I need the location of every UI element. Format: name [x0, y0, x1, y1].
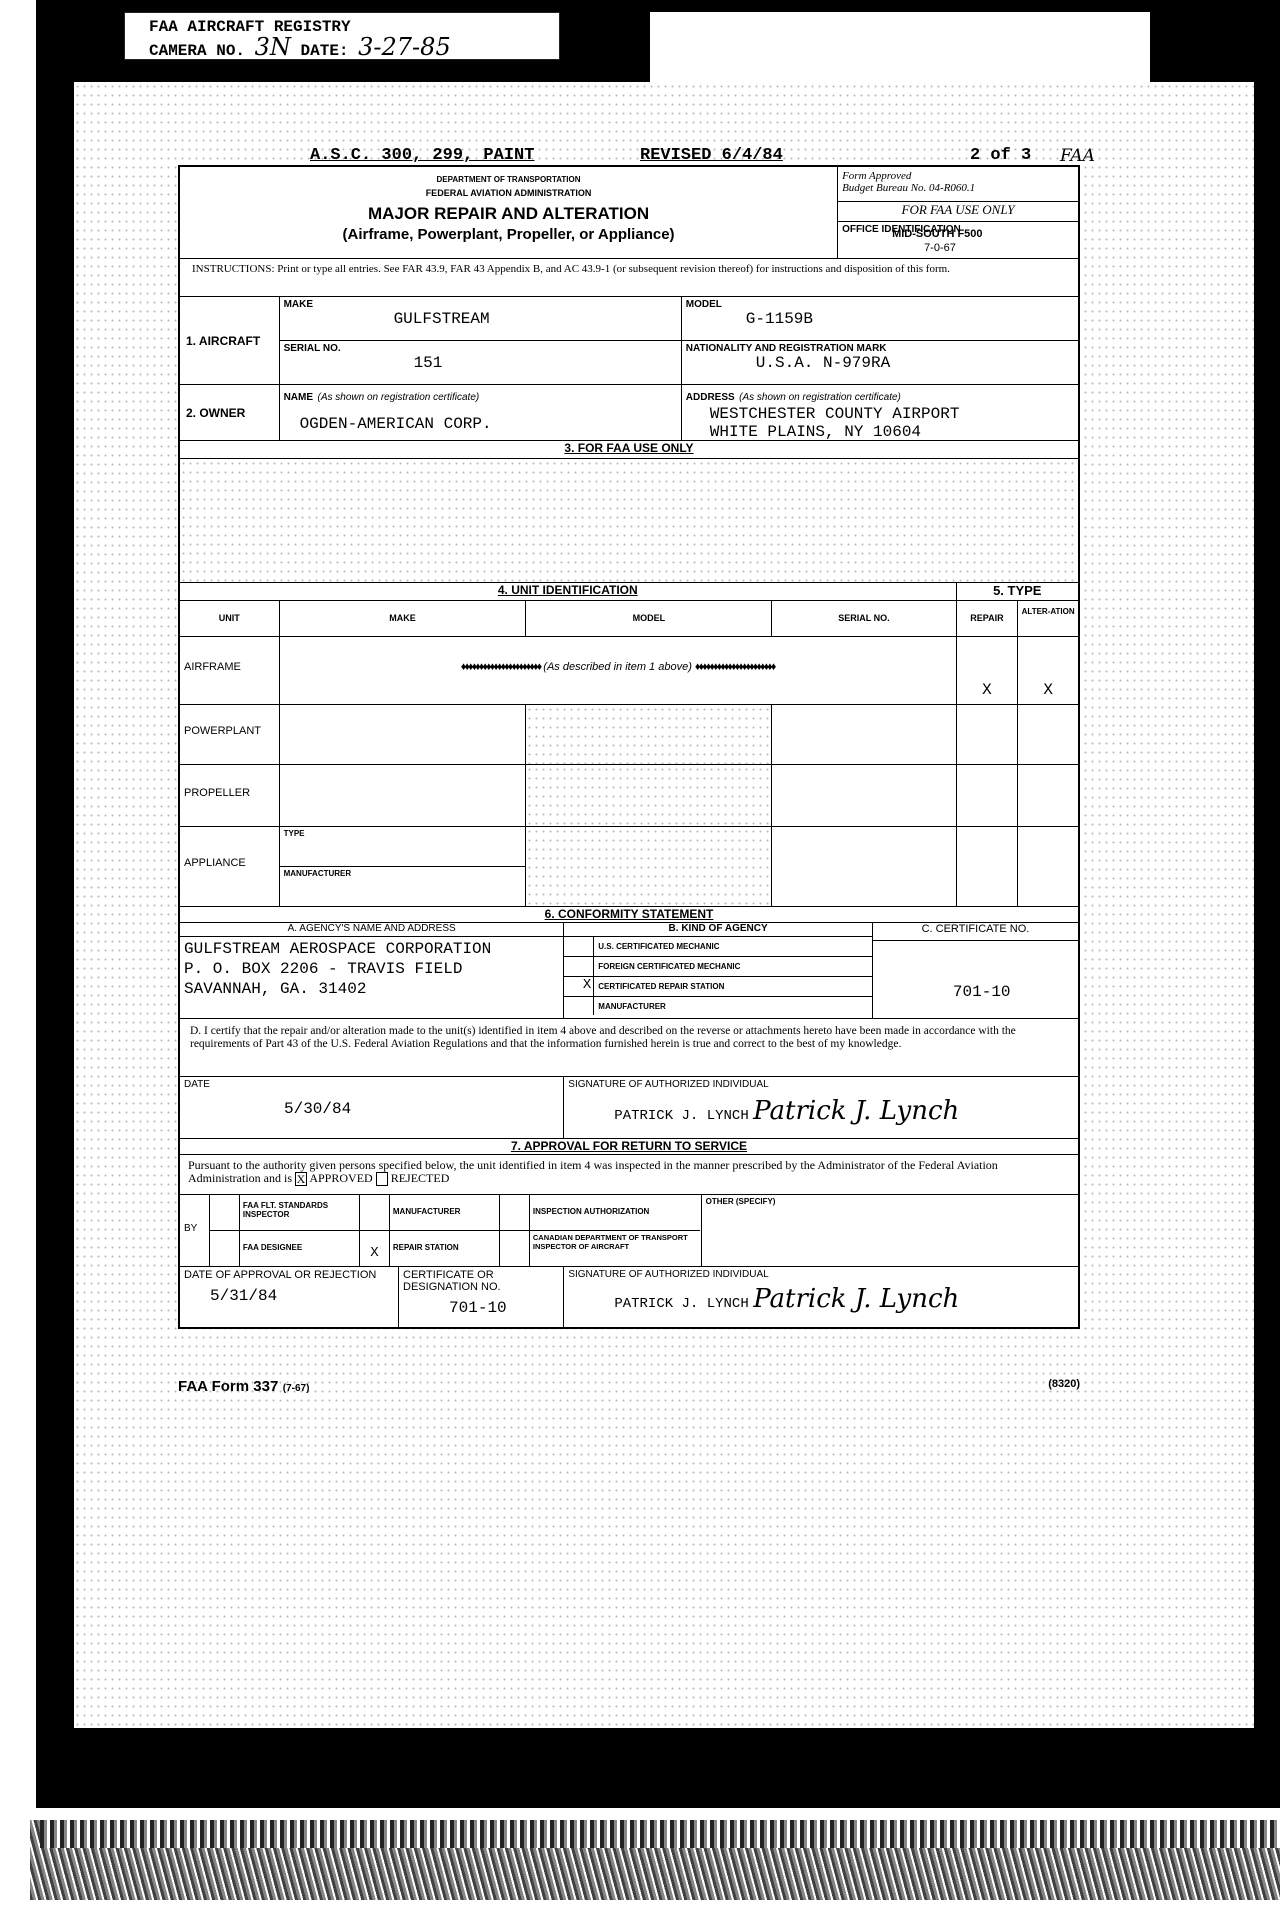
approved-label: APPROVED — [309, 1171, 372, 1185]
fill-diamonds-right: ♦♦♦♦♦♦♦♦♦♦♦♦♦♦♦♦♦♦♦♦♦♦ — [695, 661, 774, 673]
canadian-box[interactable] — [500, 1231, 530, 1267]
department-label: DEPARTMENT OF TRANSPORTATION — [180, 175, 837, 184]
form-title: MAJOR REPAIR AND ALTERATION — [180, 204, 837, 224]
header-unit: UNIT — [180, 601, 280, 636]
header-serial: SERIAL NO. — [772, 601, 956, 636]
form-header: DEPARTMENT OF TRANSPORTATION FEDERAL AVI… — [180, 167, 1078, 259]
kind-mark-2[interactable]: X — [564, 977, 594, 996]
propeller-model[interactable] — [526, 765, 772, 826]
conformity-signer: PATRICK J. LYNCH — [614, 1108, 748, 1124]
appliance-alteration[interactable] — [1018, 827, 1078, 906]
manufacturer-box[interactable] — [360, 1195, 390, 1231]
appliance-type-label: TYPE — [280, 827, 526, 867]
kind-label: B. KIND OF AGENCY — [564, 923, 872, 937]
repair-station-box[interactable]: X — [360, 1231, 390, 1267]
conformity-body: A. AGENCY'S NAME AND ADDRESS GULFSTREAM … — [180, 923, 1078, 1019]
approval-statement: Pursuant to the authority given persons … — [180, 1155, 1078, 1195]
owner-label: 2. OWNER — [180, 385, 280, 440]
owner-name: OGDEN-AMERICAN CORP. — [284, 415, 677, 433]
approval-section-label: 7. APPROVAL FOR RETURN TO SERVICE — [180, 1139, 1078, 1153]
header-alteration: ALTER-ATION — [1018, 601, 1078, 636]
canadian-label: CANADIAN DEPARTMENT OF TRANSPORT INSPECT… — [530, 1231, 700, 1267]
unit-row-powerplant: POWERPLANT — [180, 705, 1078, 765]
approval-signer: PATRICK J. LYNCH — [614, 1296, 748, 1312]
unit-propeller-label: PROPELLER — [180, 765, 280, 826]
manufacturer-label: MANUFACTURER — [390, 1195, 500, 1231]
camera-label: CAMERA NO. — [149, 42, 245, 60]
agency-label: A. AGENCY'S NAME AND ADDRESS — [180, 923, 563, 937]
certify-statement: D. I certify that the repair and/or alte… — [180, 1019, 1078, 1077]
asc-note: A.S.C. 300, 299, PAINT — [310, 146, 534, 165]
agency-line2: P. O. BOX 2206 - TRAVIS FIELD — [184, 959, 559, 979]
agency-line3: SAVANNAH, GA. 31402 — [184, 979, 559, 999]
faa-use-box: Form Approved Budget Bureau No. 04-R060.… — [837, 167, 1078, 258]
aircraft-model: G-1159B — [686, 310, 1074, 328]
header-make: MAKE — [280, 601, 527, 636]
appliance-serial[interactable] — [772, 827, 956, 906]
approval-cert-label: CERTIFICATE OR DESIGNATION NO. — [403, 1269, 559, 1293]
agency-line1: GULFSTREAM AEROSPACE CORPORATION — [184, 939, 559, 959]
owner-address-line2: WHITE PLAINS, NY 10604 — [686, 423, 1074, 441]
stamp-date-label: DATE: — [301, 42, 349, 60]
owner-name-hint: (As shown on registration certificate) — [317, 392, 479, 403]
header-repair: REPAIR — [957, 601, 1019, 636]
top-annotations: A.S.C. 300, 299, PAINT REVISED 6/4/84 2 … — [180, 146, 1120, 166]
conformity-signature[interactable]: Patrick J. Lynch — [753, 1096, 959, 1126]
powerplant-alteration[interactable] — [1018, 705, 1078, 764]
aircraft-label: 1. AIRCRAFT — [180, 297, 280, 384]
designee-label: FAA DESIGNEE — [240, 1231, 360, 1267]
conformity-signature-row: DATE 5/30/84 SIGNATURE OF AUTHORIZED IND… — [180, 1077, 1078, 1139]
cert-number: 701-10 — [873, 941, 1078, 1001]
unit-powerplant-label: POWERPLANT — [180, 705, 280, 764]
unit-row-airframe: AIRFRAME ♦♦♦♦♦♦♦♦♦♦♦♦♦♦♦♦♦♦♦♦♦♦ (As desc… — [180, 637, 1078, 705]
powerplant-make[interactable] — [280, 705, 527, 764]
approval-header: 7. APPROVAL FOR RETURN TO SERVICE — [180, 1139, 1078, 1155]
airframe-described: (As described in item 1 above) — [543, 661, 692, 673]
appliance-repair[interactable] — [957, 827, 1019, 906]
approval-signature-row: DATE OF APPROVAL OR REJECTION 5/31/84 CE… — [180, 1267, 1078, 1327]
approval-by-grid: BY FAA FLT. STANDARDS INSPECTOR MANUFACT… — [180, 1195, 1078, 1267]
unit-row-appliance: APPLIANCE TYPE MANUFACTURER — [180, 827, 1078, 907]
appliance-manufacturer-label: MANUFACTURER — [280, 867, 526, 880]
owner-address-line1: WESTCHESTER COUNTY AIRPORT — [686, 405, 1074, 423]
powerplant-serial[interactable] — [772, 705, 956, 764]
form-subtitle: (Airframe, Powerplant, Propeller, or App… — [180, 226, 837, 243]
form-id: FAA Form 337 — [178, 1378, 278, 1395]
type-section-label: 5. TYPE — [957, 583, 1078, 600]
aircraft-section: 1. AIRCRAFT MAKE GULFSTREAM SERIAL NO. 1… — [180, 297, 1078, 385]
owner-section: 2. OWNER NAME (As shown on registration … — [180, 385, 1078, 441]
conformity-date-label: DATE — [184, 1079, 559, 1090]
faa-use-only: FOR FAA USE ONLY — [838, 202, 1078, 222]
conformity-signature-label: SIGNATURE OF AUTHORIZED INDIVIDUAL — [568, 1079, 1074, 1090]
registry-title: FAA AIRCRAFT REGISTRY — [149, 17, 535, 37]
powerplant-repair[interactable] — [957, 705, 1019, 764]
faa-use-header: 3. FOR FAA USE ONLY — [180, 441, 1078, 459]
approval-signature-label: SIGNATURE OF AUTHORIZED INDIVIDUAL — [568, 1269, 1074, 1280]
faa-use-area — [180, 459, 1078, 583]
propeller-serial[interactable] — [772, 765, 956, 826]
propeller-make[interactable] — [280, 765, 527, 826]
approved-checkbox[interactable]: X — [295, 1172, 307, 1186]
make-label: MAKE — [284, 299, 677, 310]
unit-row-propeller: PROPELLER — [180, 765, 1078, 827]
owner-address-hint: (As shown on registration certificate) — [739, 392, 901, 403]
nationality-label: NATIONALITY AND REGISTRATION MARK — [686, 343, 1074, 354]
camera-number: 3N — [255, 33, 291, 61]
faa-form-337: DEPARTMENT OF TRANSPORTATION FEDERAL AVI… — [178, 165, 1080, 1329]
unit-airframe-label: AIRFRAME — [180, 637, 280, 704]
model-label: MODEL — [686, 299, 1074, 310]
administration-label: FEDERAL AVIATION ADMINISTRATION — [180, 188, 837, 198]
conformity-header: 6. CONFORMITY STATEMENT — [180, 907, 1078, 923]
header-model: MODEL — [526, 601, 772, 636]
form-code: (8320) — [1048, 1378, 1080, 1396]
by-label: BY — [180, 1195, 210, 1266]
approval-cert-number: 701-10 — [403, 1293, 559, 1317]
appliance-model[interactable] — [526, 827, 772, 906]
flt-standards-box[interactable] — [210, 1195, 240, 1231]
other-label: OTHER (Specify) — [706, 1197, 1074, 1206]
unit-table-headers: UNIT MAKE MODEL SERIAL NO. REPAIR ALTER-… — [180, 601, 1078, 637]
repair-station-label: REPAIR STATION — [390, 1231, 500, 1267]
kind-foreign-mechanic: FOREIGN CERTIFICATED MECHANIC — [594, 957, 744, 976]
powerplant-model[interactable] — [526, 705, 772, 764]
kind-mark-3[interactable] — [564, 997, 594, 1015]
approval-signature[interactable]: Patrick J. Lynch — [753, 1284, 959, 1314]
stamp-date: 3-27-85 — [358, 33, 451, 61]
owner-address-label: ADDRESS — [686, 392, 735, 403]
approval-date: 5/31/84 — [184, 1281, 394, 1305]
registry-stamp: FAA AIRCRAFT REGISTRY CAMERA NO. 3N DATE… — [124, 12, 560, 60]
inspection-auth-box[interactable] — [500, 1195, 530, 1231]
faa-corner-note: FAA — [1060, 146, 1095, 166]
form-approved: Form Approved — [842, 170, 1074, 182]
flt-standards-label: FAA FLT. STANDARDS INSPECTOR — [240, 1195, 360, 1231]
conformity-section-label: 6. CONFORMITY STATEMENT — [180, 907, 1078, 921]
rejected-checkbox[interactable] — [376, 1172, 388, 1186]
office-id-value: MID-SOUTH F500 — [892, 228, 982, 240]
owner-name-label: NAME — [284, 392, 313, 403]
budget-bureau: Budget Bureau No. 04-R060.1 — [842, 182, 1074, 194]
propeller-repair[interactable] — [957, 765, 1019, 826]
rejected-label: REJECTED — [391, 1171, 450, 1185]
propeller-alteration[interactable] — [1018, 765, 1078, 826]
cert-label: C. CERTIFICATE NO. — [873, 923, 1078, 941]
scan-edge-artifact-top — [40, 1820, 1280, 1848]
inspection-auth-label: INSPECTION AUTHORIZATION — [530, 1195, 700, 1231]
form-revision: (7-67) — [283, 1383, 310, 1394]
kind-mark-0[interactable] — [564, 937, 594, 956]
unit-appliance-label: APPLIANCE — [180, 827, 280, 906]
approval-date-label: DATE OF APPROVAL OR REJECTION — [184, 1269, 394, 1281]
designee-box[interactable] — [210, 1231, 240, 1267]
fill-diamonds-left: ♦♦♦♦♦♦♦♦♦♦♦♦♦♦♦♦♦♦♦♦♦♦ — [461, 661, 540, 673]
tape-patch — [650, 12, 1150, 84]
kind-us-mechanic: U.S. CERTIFICATED MECHANIC — [594, 937, 723, 956]
conformity-date: 5/30/84 — [184, 1090, 559, 1118]
form-footer: FAA Form 337 (7-67) (8320) — [178, 1378, 1080, 1396]
unit-id-section-label: 4. UNIT IDENTIFICATION — [180, 583, 957, 600]
kind-repair-station: CERTIFICATED REPAIR STATION — [594, 977, 728, 996]
unit-id-header: 4. UNIT IDENTIFICATION 5. TYPE — [180, 583, 1078, 601]
aircraft-serial: 151 — [284, 354, 677, 372]
kind-manufacturer: MANUFACTURER — [594, 997, 670, 1015]
instructions: INSTRUCTIONS: Print or type all entries.… — [180, 259, 1078, 297]
office-id-date: 7-0-67 — [924, 242, 956, 254]
aircraft-make: GULFSTREAM — [284, 310, 677, 328]
airframe-alteration-mark: X — [1018, 637, 1078, 704]
revised-note: REVISED 6/4/84 — [640, 146, 783, 165]
page-count: 2 of 3 — [970, 146, 1031, 165]
kind-mark-1[interactable] — [564, 957, 594, 976]
aircraft-nationality: U.S.A. N-979RA — [686, 354, 1074, 372]
faa-use-section-label: 3. FOR FAA USE ONLY — [180, 441, 1078, 455]
airframe-repair-mark: X — [957, 637, 1019, 704]
serial-label: SERIAL NO. — [284, 343, 677, 354]
